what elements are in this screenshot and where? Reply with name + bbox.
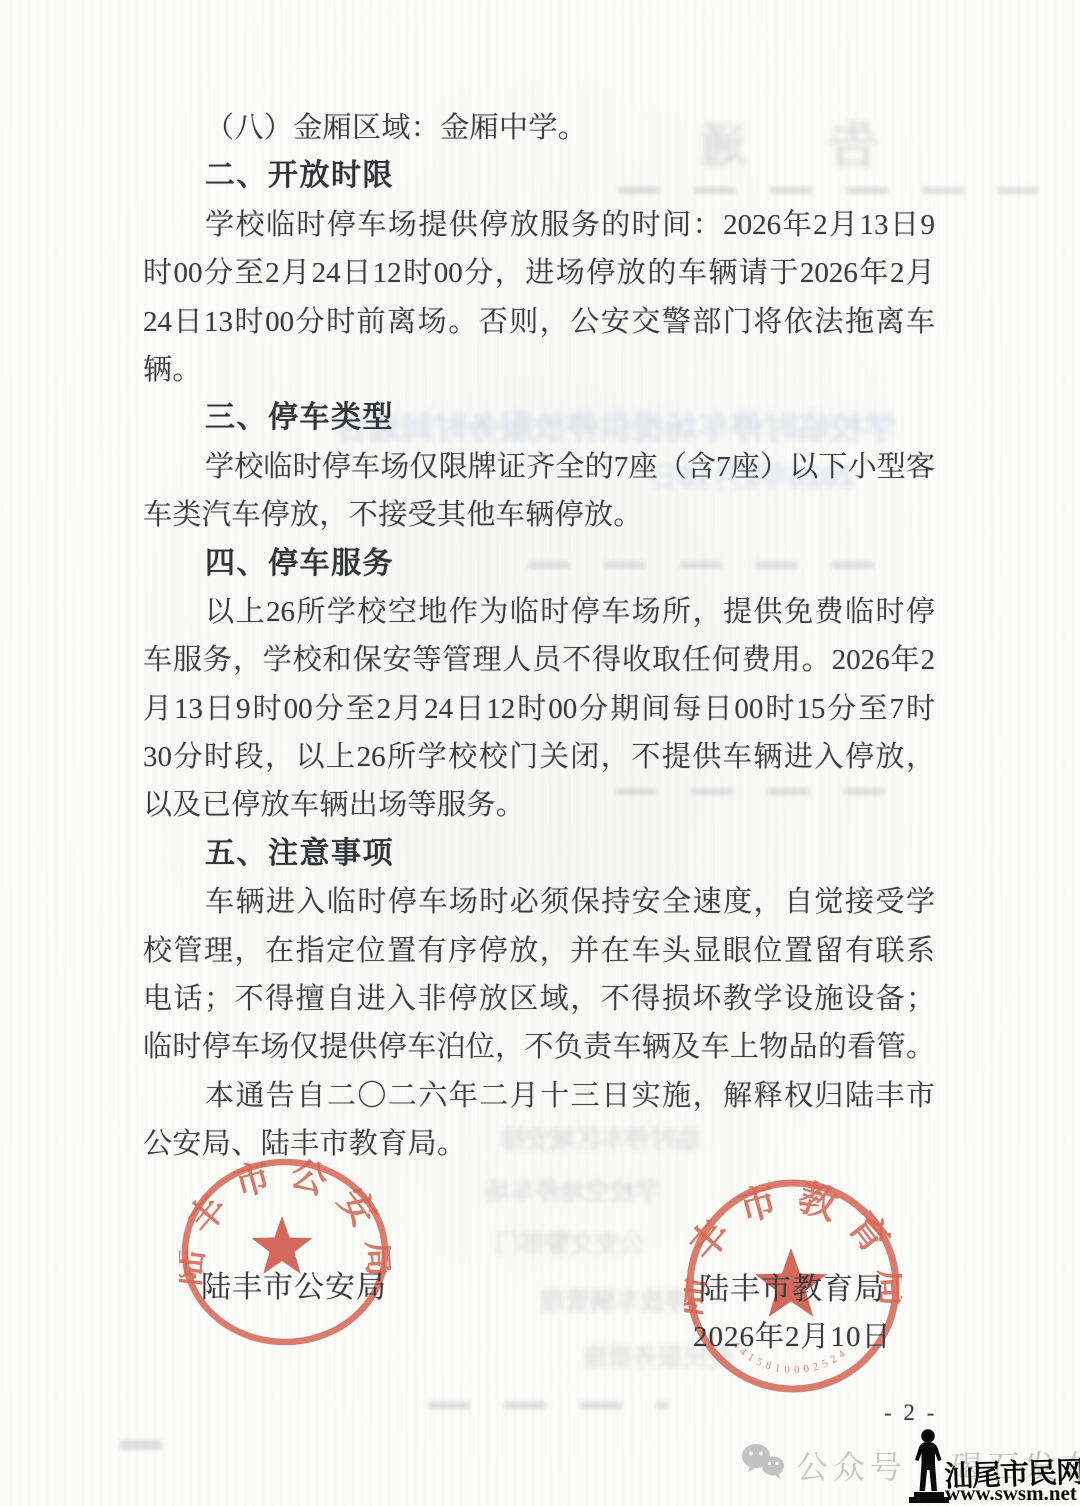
document-page: 通 告 学校临时停车场提供停放服务时间通告 2026年2月10日 临时停车区域安… (0, 0, 1080, 1506)
text-line: 校管理，在指定位置有序停放，并在车头显眼位置留有联系 (143, 927, 935, 975)
text-line: 时00分至2月24日12时00分，进场停放的车辆请于2026年2月 (143, 249, 935, 297)
text-line: 学校临时停车场仅限牌证齐全的7座（含7座）以下小型客 (143, 443, 935, 491)
document-body: （八）金厢区域：金厢中学。 二、开放时限 学校临时停车场提供停放服务的时间：20… (143, 104, 935, 1169)
section-heading: 三、停车类型 (143, 394, 935, 442)
text-line: 本通告自二〇二六年二月十三日实施，解释权归陆丰市 (143, 1072, 935, 1120)
police-seal-overlay-label: 陆丰市公安局 (201, 1262, 387, 1306)
text-line: 以上26所学校空地作为临时停车场所，提供免费临时停 (143, 588, 935, 636)
text-line: （八）金厢区域：金厢中学。 (143, 104, 935, 152)
section-heading: 五、注意事项 (143, 830, 935, 878)
text-line: 车服务，学校和保安等管理人员不得收取任何费用。2026年2 (143, 636, 935, 684)
text-line: 以及已停放车辆出场等服务。 (143, 781, 935, 829)
site-watermark: 汕尾市民网 www.swsm.net (908, 1428, 1080, 1506)
bleedthrough-text: 停放车辆管理 (540, 1282, 690, 1318)
text-line: 学校临时停车场提供停放服务的时间：2026年2月13日9 (143, 201, 935, 249)
bleedthrough-text: 公安交警部门 (495, 1224, 645, 1260)
text-line: 月13日9时00分至2月24日12时00分期间每日00时15分至7时 (143, 685, 935, 733)
text-line: 电话；不得擅自进入非停放区域，不得损坏教学设施设备； (143, 975, 935, 1023)
education-seal-overlay-label: 陆丰市教育局 (699, 1264, 885, 1308)
text-line: 24日13时00分时前离场。否则，公安交警部门将依法拖离车 (143, 298, 935, 346)
text-line: 辆。 (143, 346, 935, 394)
bleedthrough-text: 学校空地停车场 (485, 1172, 660, 1208)
text-line: 临时停车场仅提供停车泊位，不负责车辆及车上物品的看管。 (143, 1023, 935, 1071)
bleedthrough-smudge (428, 1402, 668, 1409)
issue-date: 2026年2月10日 (693, 1314, 892, 1355)
page-number: - 2 - (884, 1400, 937, 1426)
text-line: 车类汽车停放，不接受其他车辆停放。 (143, 491, 935, 539)
wechat-icon (740, 1441, 786, 1488)
section-heading: 四、停车服务 (143, 540, 935, 588)
text-line: 30分时段，以上26所学校校门关闭，不提供车辆进入停放， (143, 733, 935, 781)
police-seal-icon: 陆丰市公安局 (179, 1156, 391, 1355)
section-heading: 二、开放时限 (143, 152, 935, 200)
text-line: 车辆进入临时停车场时必须保持安全速度，自觉接受学 (143, 878, 935, 926)
site-url: www.swsm.net (945, 1481, 1077, 1506)
bleedthrough-smudge (120, 1440, 164, 1450)
